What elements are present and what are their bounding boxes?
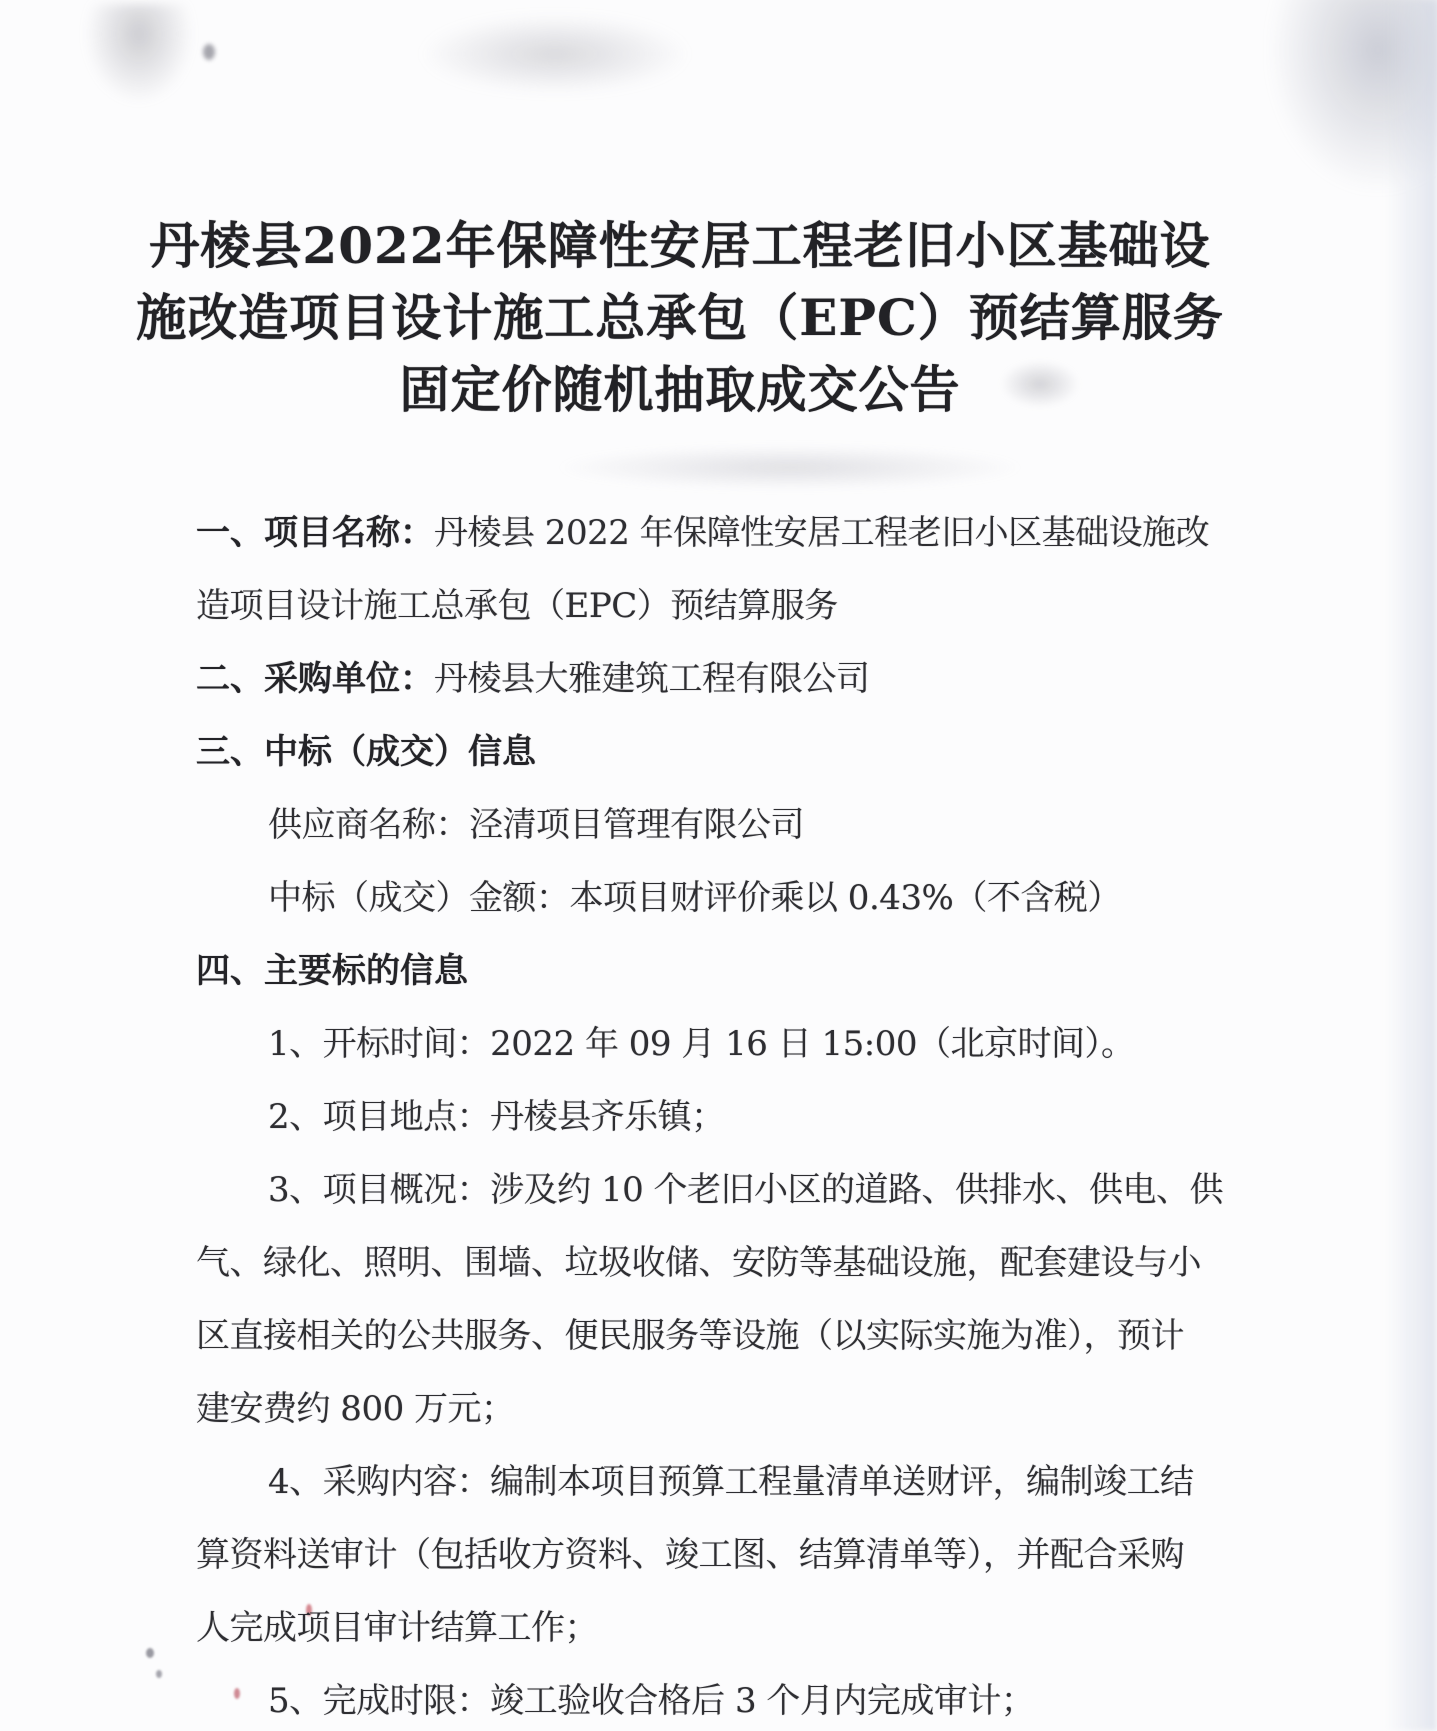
line-procurement-content-cont-2: 人完成项目审计结算工作； (196, 1592, 1192, 1665)
scan-smudge-top-right (1270, 0, 1437, 190)
section-3-heading: 三、中标（成交）信息 (196, 732, 536, 772)
title-line-3: 固定价随机抽取成交公告 (58, 354, 1302, 426)
line-supplier-name: 供应商名称：泾清项目管理有限公司 (196, 789, 1192, 862)
line-text: 中标（成交）金额：本项目财评价乘以 0.43%（不含税） (268, 878, 1121, 918)
line-item-bid-opening-time: 1、开标时间：2022 年 09 月 16 日 15:00（北京时间）。 (196, 1008, 1192, 1081)
line-section-project-name: 一、项目名称：丹棱县 2022 年保障性安居工程老旧小区基础设施改 (196, 497, 1192, 570)
line-section-subject-info: 四、主要标的信息 (196, 935, 1192, 1008)
line-section-purchaser: 二、采购单位：丹棱县大雅建筑工程有限公司 (196, 643, 1192, 716)
scanned-announcement-page: 丹棱县2022年保障性安居工程老旧小区基础设 施改造项目设计施工总承包（EPC）… (0, 0, 1437, 1731)
scan-ghost-below-title (555, 445, 1025, 490)
line-text: 造项目设计施工总承包（EPC）预结算服务 (196, 586, 838, 626)
section-1-heading: 一、项目名称： (196, 513, 434, 553)
line-text: 丹棱县 2022 年保障性安居工程老旧小区基础设施改 (434, 513, 1209, 553)
line-text: 丹棱县大雅建筑工程有限公司 (434, 659, 870, 699)
title-line-2: 施改造项目设计施工总承包（EPC）预结算服务 (58, 282, 1302, 354)
line-section-award-info: 三、中标（成交）信息 (196, 716, 1192, 789)
line-text: 3、项目概况：涉及约 10 个老旧小区的道路、供排水、供电、供 (268, 1170, 1223, 1210)
line-item-procurement-content: 4、采购内容：编制本项目预算工程量清单送财评，编制竣工结 (196, 1446, 1192, 1519)
line-procurement-content-cont-1: 算资料送审计（包括收方资料、竣工图、结算清单等），并配合采购 (196, 1519, 1192, 1592)
line-text: 人完成项目审计结算工作； (196, 1608, 598, 1648)
title-line-1: 丹棱县2022年保障性安居工程老旧小区基础设 (58, 210, 1302, 282)
line-project-overview-cont-3: 建安费约 800 万元； (196, 1373, 1192, 1446)
line-text: 2、项目地点：丹棱县齐乐镇； (268, 1097, 725, 1137)
line-text: 供应商名称：泾清项目管理有限公司 (268, 805, 804, 845)
line-award-amount: 中标（成交）金额：本项目财评价乘以 0.43%（不含税） (196, 862, 1192, 935)
document-body: 一、项目名称：丹棱县 2022 年保障性安居工程老旧小区基础设施改 造项目设计施… (196, 497, 1192, 1731)
document-title: 丹棱县2022年保障性安居工程老旧小区基础设 施改造项目设计施工总承包（EPC）… (58, 210, 1302, 426)
scan-speck (156, 1670, 162, 1678)
line-item-project-location: 2、项目地点：丹棱县齐乐镇； (196, 1081, 1192, 1154)
line-text: 区直接相关的公共服务、便民服务等设施（以实际实施为准），预计 (196, 1316, 1184, 1356)
line-text: 5、完成时限：竣工验收合格后 3 个月内完成审计； (268, 1681, 1034, 1721)
line-text: 气、绿化、照明、围墙、垃圾收储、安防等基础设施，配套建设与小 (196, 1243, 1201, 1283)
line-project-name-continuation: 造项目设计施工总承包（EPC）预结算服务 (196, 570, 1192, 643)
line-text: 建安费约 800 万元； (196, 1389, 515, 1429)
scan-smudge-top-center (420, 14, 690, 94)
line-text: 1、开标时间：2022 年 09 月 16 日 15:00（北京时间）。 (268, 1024, 1135, 1064)
line-project-overview-cont-1: 气、绿化、照明、围墙、垃圾收储、安防等基础设施，配套建设与小 (196, 1227, 1192, 1300)
line-item-completion-deadline: 5、完成时限：竣工验收合格后 3 个月内完成审计； (196, 1665, 1192, 1731)
line-text: 算资料送审计（包括收方资料、竣工图、结算清单等），并配合采购 (196, 1535, 1184, 1575)
line-item-project-overview: 3、项目概况：涉及约 10 个老旧小区的道路、供排水、供电、供 (196, 1154, 1192, 1227)
scan-smudge-top-left (84, 4, 194, 104)
line-project-overview-cont-2: 区直接相关的公共服务、便民服务等设施（以实际实施为准），预计 (196, 1300, 1192, 1373)
scan-speck (146, 1648, 154, 1658)
line-text: 4、采购内容：编制本项目预算工程量清单送财评，编制竣工结 (268, 1462, 1194, 1502)
section-2-heading: 二、采购单位： (196, 659, 434, 699)
section-4-heading: 四、主要标的信息 (196, 951, 468, 991)
scan-ink-dot (203, 44, 215, 60)
scan-edge-shadow-right (1385, 0, 1437, 1731)
